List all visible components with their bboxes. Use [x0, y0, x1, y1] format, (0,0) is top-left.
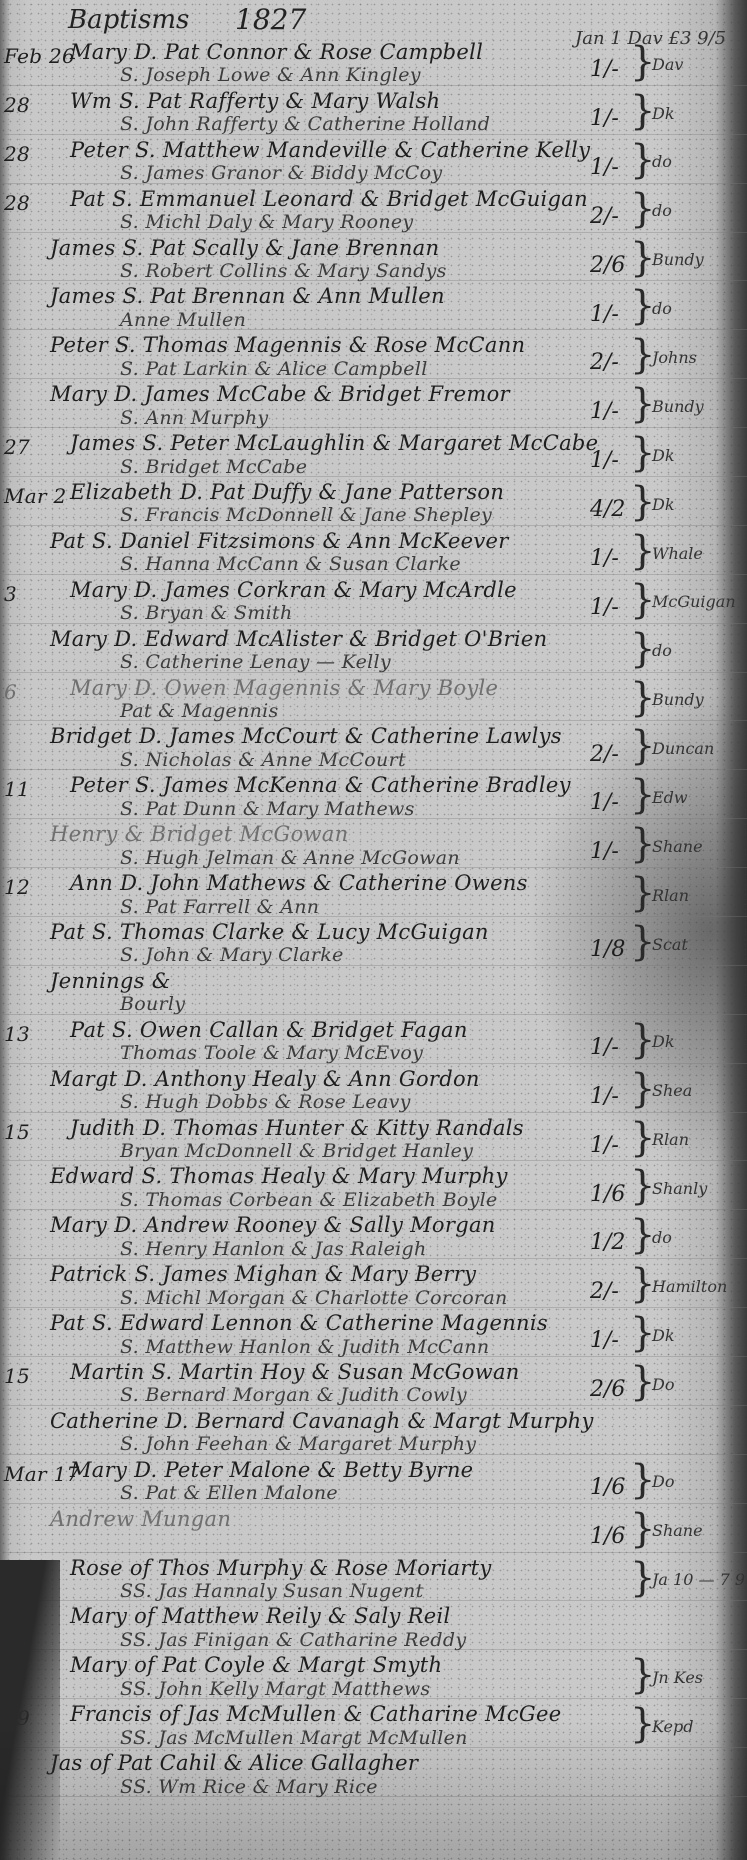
- entry-child-parents: Pat S. Thomas Clarke & Lucy McGuigan: [50, 920, 489, 944]
- entry-sponsors: S. Joseph Lowe & Ann Kingley: [120, 64, 421, 86]
- entry-officiant: Johns: [652, 348, 697, 367]
- entry-sponsors: S. Bridget McCabe: [120, 456, 307, 478]
- entry-fee: 2/6: [590, 253, 625, 278]
- entry-date: Mar 2: [4, 484, 67, 508]
- entry-child-parents: Margt D. Anthony Healy & Ann Gordon: [50, 1067, 480, 1091]
- entry-fee: 1/-: [590, 57, 619, 82]
- entry-fee: 1/-: [590, 155, 619, 180]
- entry-date: 13: [4, 1022, 30, 1046]
- entry-sponsors: S. James Granor & Biddy McCoy: [120, 162, 442, 184]
- entry-child-parents: Jennings &: [50, 969, 171, 993]
- entry-date: 15: [4, 1120, 30, 1144]
- entry-child-parents: Pat S. Owen Callan & Bridget Fagan: [70, 1018, 468, 1042]
- entry-date: 27: [4, 435, 30, 459]
- entry-date: Mar 17: [4, 1462, 80, 1486]
- entry-child-parents: Mary D. Edward McAlister & Bridget O'Bri…: [50, 627, 547, 651]
- ruled-line: [0, 1552, 747, 1553]
- entry-officiant: Shane: [652, 837, 703, 856]
- entry-child-parents: Catherine D. Bernard Cavanagh & Margt Mu…: [50, 1409, 594, 1433]
- ruled-line: [0, 427, 747, 428]
- entry-child-parents: Pat S. Daniel Fitzsimons & Ann McKeever: [50, 529, 509, 553]
- entry-child-parents: Andrew Mungan: [50, 1507, 231, 1531]
- entry-fee: 2/-: [590, 1279, 619, 1304]
- entry-child-parents: Martin S. Martin Hoy & Susan McGowan: [70, 1360, 520, 1384]
- entry-date: 12: [4, 875, 30, 899]
- entry-sponsors: SS. Jas Hannaly Susan Nugent: [120, 1580, 424, 1602]
- entry-sponsors: SS. Jas Finigan & Catharine Reddy: [120, 1629, 466, 1651]
- entry-child-parents: Bridget D. James McCourt & Catherine Law…: [50, 724, 562, 748]
- entry-fee: 1/-: [590, 1328, 619, 1353]
- ruled-line: [0, 623, 747, 624]
- entry-sponsors: S. Pat Farrell & Ann: [120, 896, 319, 918]
- page-shadow: [0, 1720, 747, 1860]
- ruled-line: [0, 1503, 747, 1504]
- entry-child-parents: Mary D. Pat Connor & Rose Campbell: [70, 40, 483, 64]
- ruled-line: [0, 916, 747, 917]
- entry-officiant: Shane: [652, 1521, 703, 1540]
- entry-fee: 2/-: [590, 742, 619, 767]
- entry-sponsors: SS. John Kelly Margt Matthews: [120, 1678, 430, 1700]
- entry-fee: 1/6: [590, 1524, 625, 1549]
- entry-child-parents: Mary D. Peter Malone & Betty Byrne: [70, 1458, 473, 1482]
- entry-child-parents: James S. Peter McLaughlin & Margaret McC…: [70, 431, 598, 455]
- entry-fee: 1/-: [590, 448, 619, 473]
- entry-sponsors: Pat & Magennis: [120, 700, 279, 722]
- entry-officiant: Dk: [652, 1326, 675, 1345]
- entry-sponsors: S. Michl Morgan & Charlotte Corcoran: [120, 1287, 507, 1309]
- entry-officiant: Dk: [652, 1032, 675, 1051]
- entry-sponsors: Thomas Toole & Mary McEvoy: [120, 1042, 423, 1064]
- entry-sponsors: S. Pat Dunn & Mary Mathews: [120, 798, 415, 820]
- entry-fee: 1/-: [590, 1084, 619, 1109]
- entry-child-parents: Pat S. Edward Lennon & Catherine Magenni…: [50, 1311, 548, 1335]
- entry-fee: 1/-: [590, 595, 619, 620]
- entry-child-parents: Edward S. Thomas Healy & Mary Murphy: [50, 1164, 508, 1188]
- entry-sponsors: S. Ann Murphy: [120, 407, 268, 429]
- entry-child-parents: Rose of Thos Murphy & Rose Moriarty: [70, 1556, 492, 1580]
- entry-fee: 1/-: [590, 546, 619, 571]
- page-year: 1827: [235, 3, 306, 36]
- entry-child-parents: Mary D. James Corkran & Mary McArdle: [70, 578, 517, 602]
- entry-sponsors: S. Thomas Corbean & Elizabeth Boyle: [120, 1189, 498, 1211]
- ruled-line: [0, 1014, 747, 1015]
- entry-officiant: Rlan: [652, 886, 689, 905]
- entry-fee: 1/-: [590, 1133, 619, 1158]
- entry-officiant: do: [652, 299, 672, 318]
- entry-sponsors: Bryan McDonnell & Bridget Hanley: [120, 1140, 473, 1162]
- entry-officiant: Duncan: [652, 739, 714, 758]
- entry-child-parents: Judith D. Thomas Hunter & Kitty Randals: [70, 1116, 524, 1140]
- entry-date: 28: [4, 191, 30, 215]
- entry-child-parents: Peter S. Thomas Magennis & Rose McCann: [50, 333, 525, 357]
- entry-child-parents: James S. Pat Brennan & Ann Mullen: [50, 284, 445, 308]
- entry-officiant: do: [652, 1228, 672, 1247]
- entry-child-parents: Patrick S. James Mighan & Mary Berry: [50, 1262, 476, 1286]
- ruled-line: [0, 329, 747, 330]
- page-title: Baptisms: [68, 5, 189, 35]
- entry-sponsors: Anne Mullen: [120, 309, 246, 331]
- entry-officiant: Shanly: [652, 1179, 707, 1198]
- entry-fee: 1/-: [590, 302, 619, 327]
- entry-date: 6: [4, 680, 17, 704]
- entry-officiant: do: [652, 152, 672, 171]
- entry-fee: 1/-: [590, 790, 619, 815]
- entry-sponsors: S. Robert Collins & Mary Sandys: [120, 260, 447, 282]
- entry-fee: 2/-: [590, 204, 619, 229]
- entry-sponsors: S. John & Mary Clarke: [120, 944, 344, 966]
- entry-sponsors: S. Henry Hanlon & Jas Raleigh: [120, 1238, 427, 1260]
- entry-child-parents: Peter S. James McKenna & Catherine Bradl…: [70, 773, 571, 797]
- entry-date: 28: [4, 142, 30, 166]
- entry-officiant: Rlan: [652, 1130, 689, 1149]
- entry-child-parents: Mary D. Andrew Rooney & Sally Morgan: [50, 1213, 496, 1237]
- entry-sponsors: S. Pat & Ellen Malone: [120, 1482, 338, 1504]
- ruled-line: [0, 476, 747, 477]
- entry-sponsors: S. Bernard Morgan & Judith Cowly: [120, 1384, 467, 1406]
- entry-sponsors: Bourly: [120, 993, 185, 1015]
- entry-child-parents: Pat S. Emmanuel Leonard & Bridget McGuig…: [70, 187, 588, 211]
- entry-date: 15: [4, 1364, 30, 1388]
- entry-fee: 1/-: [590, 839, 619, 864]
- entry-officiant: do: [652, 641, 672, 660]
- entry-child-parents: Mary D. James McCabe & Bridget Fremor: [50, 382, 510, 406]
- entry-child-parents: Mary D. Owen Magennis & Mary Boyle: [70, 676, 498, 700]
- entry-sponsors: S. John Feehan & Margaret Murphy: [120, 1433, 476, 1455]
- entry-sponsors: S. Catherine Lenay — Kelly: [120, 651, 391, 673]
- entry-officiant: Do: [652, 1472, 674, 1491]
- entry-fee: 2/6: [590, 1377, 625, 1402]
- entry-officiant: Edw: [652, 788, 688, 807]
- entry-child-parents: Elizabeth D. Pat Duffy & Jane Patterson: [70, 480, 504, 504]
- entry-child-parents: Henry & Bridget McGowan: [50, 822, 348, 846]
- entry-date: Feb 26: [4, 44, 75, 68]
- entry-sponsors: S. Pat Larkin & Alice Campbell: [120, 358, 428, 380]
- entry-officiant: Dav: [652, 55, 683, 74]
- entry-officiant: Bundy: [652, 690, 704, 709]
- entry-fee: 1/-: [590, 106, 619, 131]
- entry-fee: 1/-: [590, 399, 619, 424]
- entry-sponsors: S. Nicholas & Anne McCourt: [120, 749, 406, 771]
- entry-child-parents: Mary of Pat Coyle & Margt Smyth: [70, 1653, 442, 1677]
- entry-fee: 2/-: [590, 350, 619, 375]
- register-page: Baptisms 1827 Jan 1 Dav £3 9/5 Feb 26Mar…: [0, 0, 747, 1860]
- entry-officiant: Jn Kes: [652, 1668, 703, 1687]
- entry-date: 11: [4, 777, 30, 801]
- ruled-line: [0, 965, 747, 966]
- ruled-line: [0, 720, 747, 721]
- entry-officiant: Hamilton: [652, 1277, 727, 1296]
- entry-fee: 1/6: [590, 1475, 625, 1500]
- entry-child-parents: Mary of Matthew Reily & Saly Reil: [70, 1604, 451, 1628]
- entry-sponsors: S. Hanna McCann & Susan Clarke: [120, 553, 461, 575]
- entry-fee: 1/6: [590, 1182, 625, 1207]
- entry-date: 3: [4, 582, 17, 606]
- entry-officiant: Dk: [652, 104, 675, 123]
- entry-officiant: do: [652, 201, 672, 220]
- entry-sponsors: S. Hugh Jelman & Anne McGowan: [120, 847, 460, 869]
- entry-officiant: McGuigan: [652, 592, 736, 611]
- entry-officiant: Do: [652, 1375, 674, 1394]
- entry-sponsors: S. Michl Daly & Mary Rooney: [120, 211, 413, 233]
- entry-officiant: Whale: [652, 544, 703, 563]
- entry-sponsors: S. Francis McDonnell & Jane Shepley: [120, 504, 492, 526]
- entry-officiant: Bundy: [652, 397, 704, 416]
- entry-date: 28: [4, 93, 30, 117]
- entry-sponsors: S. Bryan & Smith: [120, 602, 293, 624]
- entry-fee: 1/2: [590, 1230, 625, 1255]
- entry-fee: 1/-: [590, 1035, 619, 1060]
- entry-child-parents: Wm S. Pat Rafferty & Mary Walsh: [70, 89, 440, 113]
- entry-officiant: Scat: [652, 935, 688, 954]
- entry-officiant: Dk: [652, 495, 675, 514]
- entry-child-parents: James S. Pat Scally & Jane Brennan: [50, 236, 439, 260]
- entry-fee: 1/8: [590, 937, 625, 962]
- entry-officiant: Shea: [652, 1081, 692, 1100]
- entry-officiant: Ja 10 — 7 9: [652, 1570, 745, 1589]
- entry-sponsors: S. John Rafferty & Catherine Holland: [120, 113, 490, 135]
- entry-child-parents: Ann D. John Mathews & Catherine Owens: [70, 871, 528, 895]
- entry-officiant: Dk: [652, 446, 675, 465]
- entry-fee: 4/2: [590, 497, 625, 522]
- entry-sponsors: S. Hugh Dobbs & Rose Leavy: [120, 1091, 411, 1113]
- entry-sponsors: S. Matthew Hanlon & Judith McCann: [120, 1336, 489, 1358]
- entry-child-parents: Peter S. Matthew Mandeville & Catherine …: [70, 138, 590, 162]
- entry-officiant: Bundy: [652, 250, 704, 269]
